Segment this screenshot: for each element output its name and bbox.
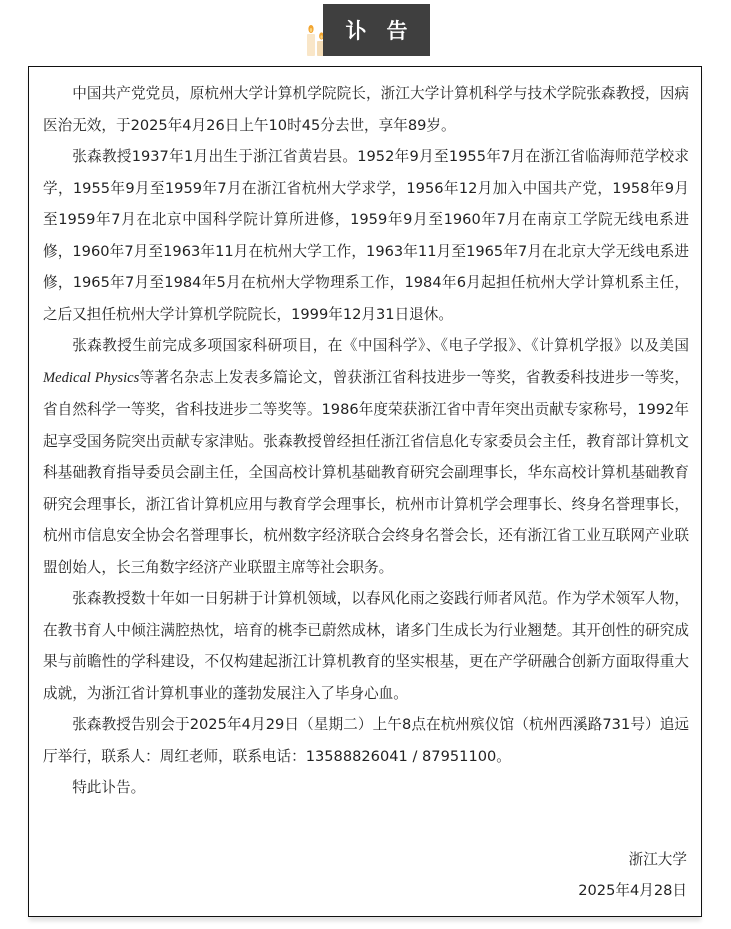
obituary-notice: 中国共产党党员，原杭州大学计算机学院院长，浙江大学计算机科学与技术学院张森教授，…	[28, 66, 702, 917]
header: 讣告	[0, 0, 731, 60]
paragraph-achievements: 张森教授生前完成多项国家科研项目，在《中国科学》、《电子学报》、《计算机学报》以…	[43, 330, 689, 583]
achievements-text-after: 等著名杂志上发表多篇论文，曾获浙江省科技进步一等奖，省教委科技进步一等奖，省自然…	[43, 369, 689, 576]
signature-organization: 浙江大学	[629, 848, 687, 869]
paragraph-memorial-service: 张森教授告别会于2025年4月29日（星期二）上午8点在杭州殡仪馆（杭州西溪路7…	[43, 709, 689, 772]
paragraph-closing: 特此讣告。	[43, 772, 689, 804]
signature-date: 2025年4月28日	[578, 879, 687, 900]
title-banner: 讣告	[323, 4, 430, 56]
notice-body: 中国共产党党员，原杭州大学计算机学院院长，浙江大学计算机科学与技术学院张森教授，…	[43, 78, 689, 804]
paragraph-biography: 张森教授1937年1月出生于浙江省黄岩县。1952年9月至1955年7月在浙江省…	[43, 141, 689, 330]
paragraph-death-announcement: 中国共产党党员，原杭州大学计算机学院院长，浙江大学计算机科学与技术学院张森教授，…	[43, 78, 689, 141]
paragraph-tribute: 张森教授数十年如一日躬耕于计算机领域，以春风化雨之姿践行师者风范。作为学术领军人…	[43, 583, 689, 709]
page-title: 讣告	[326, 15, 428, 45]
journal-name: Medical Physics	[43, 370, 139, 386]
achievements-text-before: 张森教授生前完成多项国家科研项目，在《中国科学》、《电子学报》、《计算机学报》以…	[72, 337, 689, 354]
